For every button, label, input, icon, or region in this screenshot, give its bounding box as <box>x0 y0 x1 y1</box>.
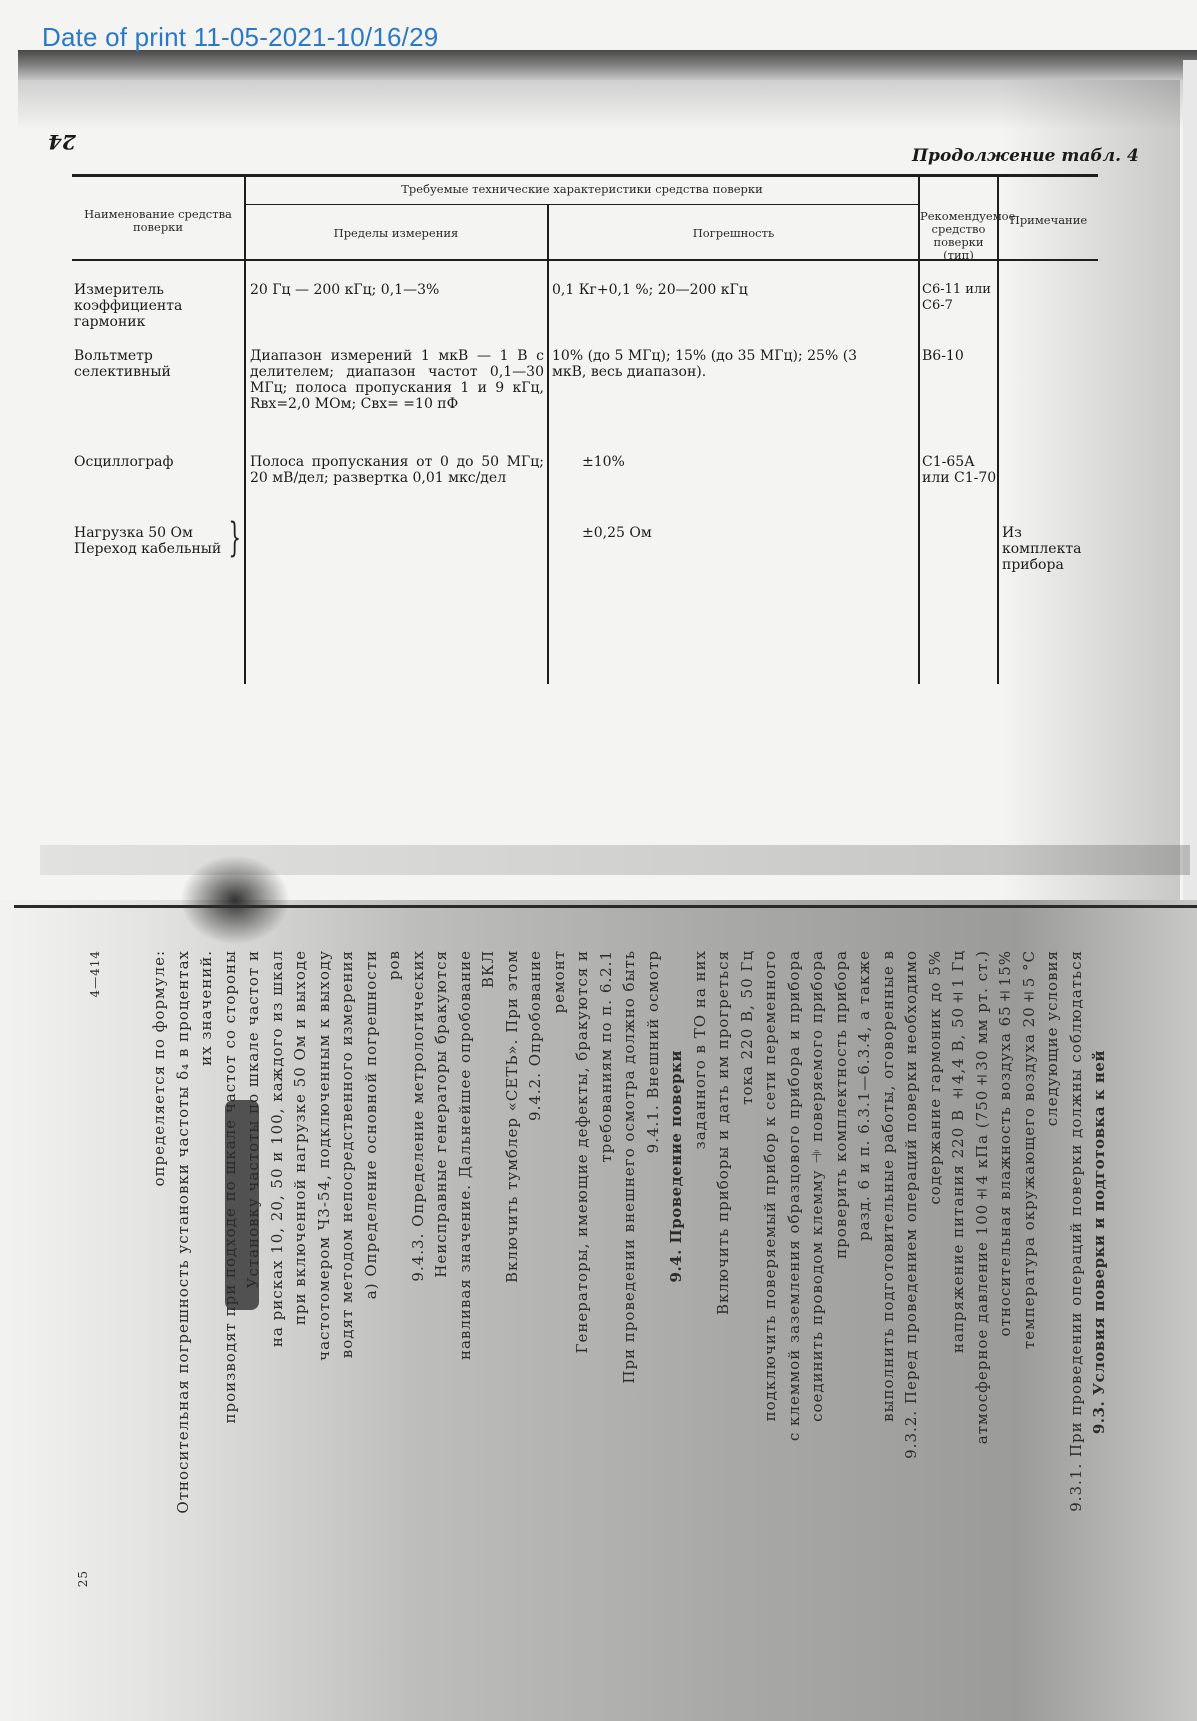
text-line: 9.4.3. Определение метрологических <box>409 950 428 1282</box>
header-recommended: Рекомендуемое средство поверки (тип) <box>920 210 997 262</box>
header-note: Примечание <box>999 214 1098 227</box>
brace-symbol: } <box>228 518 241 558</box>
row-3-name: Осциллограф <box>74 454 239 470</box>
text-line: Относительная погрешность установки част… <box>174 950 193 1514</box>
header-name: Наименование средства поверки <box>72 208 244 234</box>
text-line: 9.4.1. Внешний осмотр <box>644 950 663 1153</box>
header-required-group: Требуемые технические характеристики сре… <box>246 183 918 196</box>
text-line: напряжение питания 220 В ±4,4 В, 50±1 Гц <box>949 950 968 1353</box>
text-line: Неисправные генераторы бракуются <box>432 950 451 1278</box>
section-heading: 9.4. Проведение поверки <box>667 1050 686 1282</box>
text-line: выполнить подготовительные работы, огово… <box>879 950 898 1422</box>
text-line: подключить поверяемый прибор к сети пере… <box>761 950 780 1421</box>
text-line: 9.3.2. Перед проведением операций поверк… <box>902 950 921 1459</box>
row-2-error: 10% (до 5 МГц); 15% (до 35 МГц); 25% (3 … <box>552 348 892 380</box>
text-line: водят методом непосредственного измерени… <box>338 950 357 1358</box>
text-line: При проведении внешнего осмотра должно б… <box>620 950 639 1384</box>
text-line: Включить тумблер «СЕТЬ». При этом <box>503 950 522 1283</box>
text-line: при включенной нагрузке 50 Ом и выходе <box>291 950 310 1325</box>
table-top-rule <box>72 174 1098 177</box>
text-line: относительная влажность воздуха 65±15% <box>996 950 1015 1337</box>
page-fold-line <box>14 905 1197 908</box>
rotated-page-text: 4—414 25 9.3. Условия поверки и подготов… <box>60 930 1160 1630</box>
text-line: Включить приборы и дать им прогреться <box>714 950 733 1315</box>
scan-edge-band <box>18 50 1197 80</box>
row-1-recommended: С6-11 или С6-7 <box>922 282 998 314</box>
row-1-name: Измеритель коэффициента гармоник <box>74 282 239 330</box>
section-heading: 9.3. Условия поверки и подготовка к ней <box>1090 1050 1109 1434</box>
text-line: требованиям по п. 6.2.1 <box>597 950 616 1163</box>
text-line: атмосферное давление 100±4 кПа (750±30 м… <box>973 950 992 1444</box>
header-error: Погрешность <box>549 227 918 240</box>
table-continuation-label: Продолжение табл. 4 <box>912 146 1139 166</box>
col-divider-1 <box>244 174 246 684</box>
col-divider-4 <box>997 174 999 684</box>
row-3-error: ±10% <box>582 454 882 470</box>
row-2-name: Вольтметр селективный <box>74 348 239 380</box>
row-4-note: Из комплекта прибора <box>1002 525 1092 573</box>
row-4-name: Нагрузка 50 Ом Переход кабельный <box>74 525 224 557</box>
verification-equipment-table: Наименование средства поверки Требуемые … <box>72 170 1098 685</box>
text-line: содержание гармоник до 5% <box>926 950 945 1205</box>
row-2-recommended: В6-10 <box>922 348 998 364</box>
row-3-recommended: С1-65А или С1-70 <box>922 454 998 486</box>
text-line: тока 220 В, 50 Гц <box>738 950 757 1105</box>
text-line: а) Определение основной погрешности <box>362 950 381 1299</box>
text-line: ров <box>385 950 404 980</box>
text-line: Генераторы, имеющие дефекты, бракуются и <box>573 950 592 1353</box>
row-3-limits: Полоса пропускания от 0 до 50 МГц; 20 мВ… <box>250 454 544 486</box>
text-line: заданного в ТО на них <box>691 950 710 1149</box>
text-line: Установку частоты по шкале частот и <box>244 950 263 1288</box>
footer-code: 4—414 <box>86 950 105 998</box>
text-line: 9.4.2. Опробование <box>526 950 545 1121</box>
text-line: определяется по формуле: <box>150 950 169 1187</box>
text-line: производят при подходе по шкале частот с… <box>221 950 240 1423</box>
text-line: на рисках 10, 20, 50 и 100, каждого из ш… <box>268 950 287 1347</box>
text-line: их значений. <box>197 950 216 1066</box>
row-4-error: ±0,25 Ом <box>582 525 882 541</box>
col-divider-2 <box>547 204 549 684</box>
text-line: 9.3.1. При проведении операций поверки д… <box>1067 950 1086 1512</box>
row-1-limits: 20 Гц — 200 кГц; 0,1—3% <box>250 282 544 298</box>
text-line: разд. 6 и п. 6.3.1—6.3.4, а также <box>855 950 874 1241</box>
row-1-error: 0,1 Кг+0,1 %; 20—200 кГц <box>552 282 912 298</box>
text-line: частотомером Ч3-54, подключенным к выход… <box>315 950 334 1361</box>
text-line: навливая значение. Дальнейшее опробовани… <box>456 950 475 1360</box>
text-line: температура окружающего воздуха 20±5 °С <box>1020 950 1039 1349</box>
group-header-rule <box>244 204 918 205</box>
header-limits: Пределы измерения <box>246 227 546 240</box>
row-2-limits: Диапазон измерений 1 мкВ — 1 В с делител… <box>250 348 544 412</box>
text-line: ВКЛ <box>479 950 498 988</box>
text-line: ремонт <box>550 950 569 1013</box>
text-line: проверить комплектность прибора <box>832 950 851 1259</box>
text-line: с клеммой заземления образцового прибора… <box>785 950 804 1441</box>
page-number-lower: 25 <box>74 1570 93 1587</box>
text-line: соединить проводом клемму ⏚ поверяемого … <box>808 950 827 1422</box>
text-line: следующие условия <box>1043 950 1062 1126</box>
page-number-upper: 24 <box>48 130 76 154</box>
print-date-stamp: Date of print 11-05-2021-10/16/29 <box>42 22 438 53</box>
